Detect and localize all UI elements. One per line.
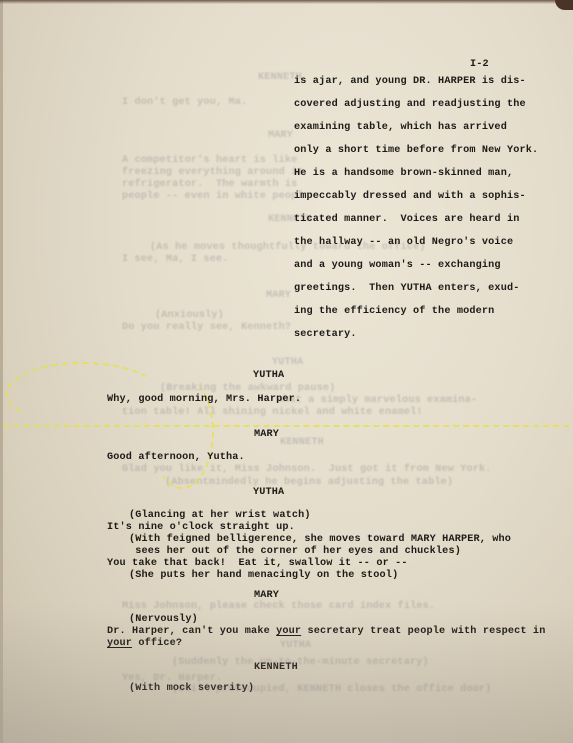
stage-direction: (She puts her hand menacingly on the sto… <box>129 570 398 582</box>
page-number: I-2 <box>470 59 489 71</box>
stage-direction: (Glancing at her wrist watch) <box>129 510 311 522</box>
dialogue-line: You take that back! Eat it, swallow it -… <box>107 558 408 570</box>
speaker-name: YUTHA <box>253 370 284 382</box>
highlighter-mark <box>4 425 569 427</box>
stage-direction: sees her out of the corner of her eyes a… <box>129 546 461 558</box>
speaker-name: YUTHA <box>253 487 284 499</box>
typewritten-script-page: KENNETH I don't get you, Ma. MARY A comp… <box>0 0 573 743</box>
page-top-shadow <box>0 0 573 4</box>
speaker-name: MARY <box>254 590 279 602</box>
page-corner-background <box>555 0 573 10</box>
highlighter-mark <box>150 375 214 489</box>
dialogue-line: Good afternoon, Yutha. <box>107 452 245 464</box>
dialogue-line: Why, good morning, Mrs. Harper. <box>107 394 301 406</box>
stage-direction: (With feigned belligerence, she moves to… <box>129 534 511 546</box>
page-shadow <box>0 603 573 743</box>
speaker-name: MARY <box>254 429 279 441</box>
dialogue-line: It's nine o'clock straight up. <box>107 522 295 534</box>
